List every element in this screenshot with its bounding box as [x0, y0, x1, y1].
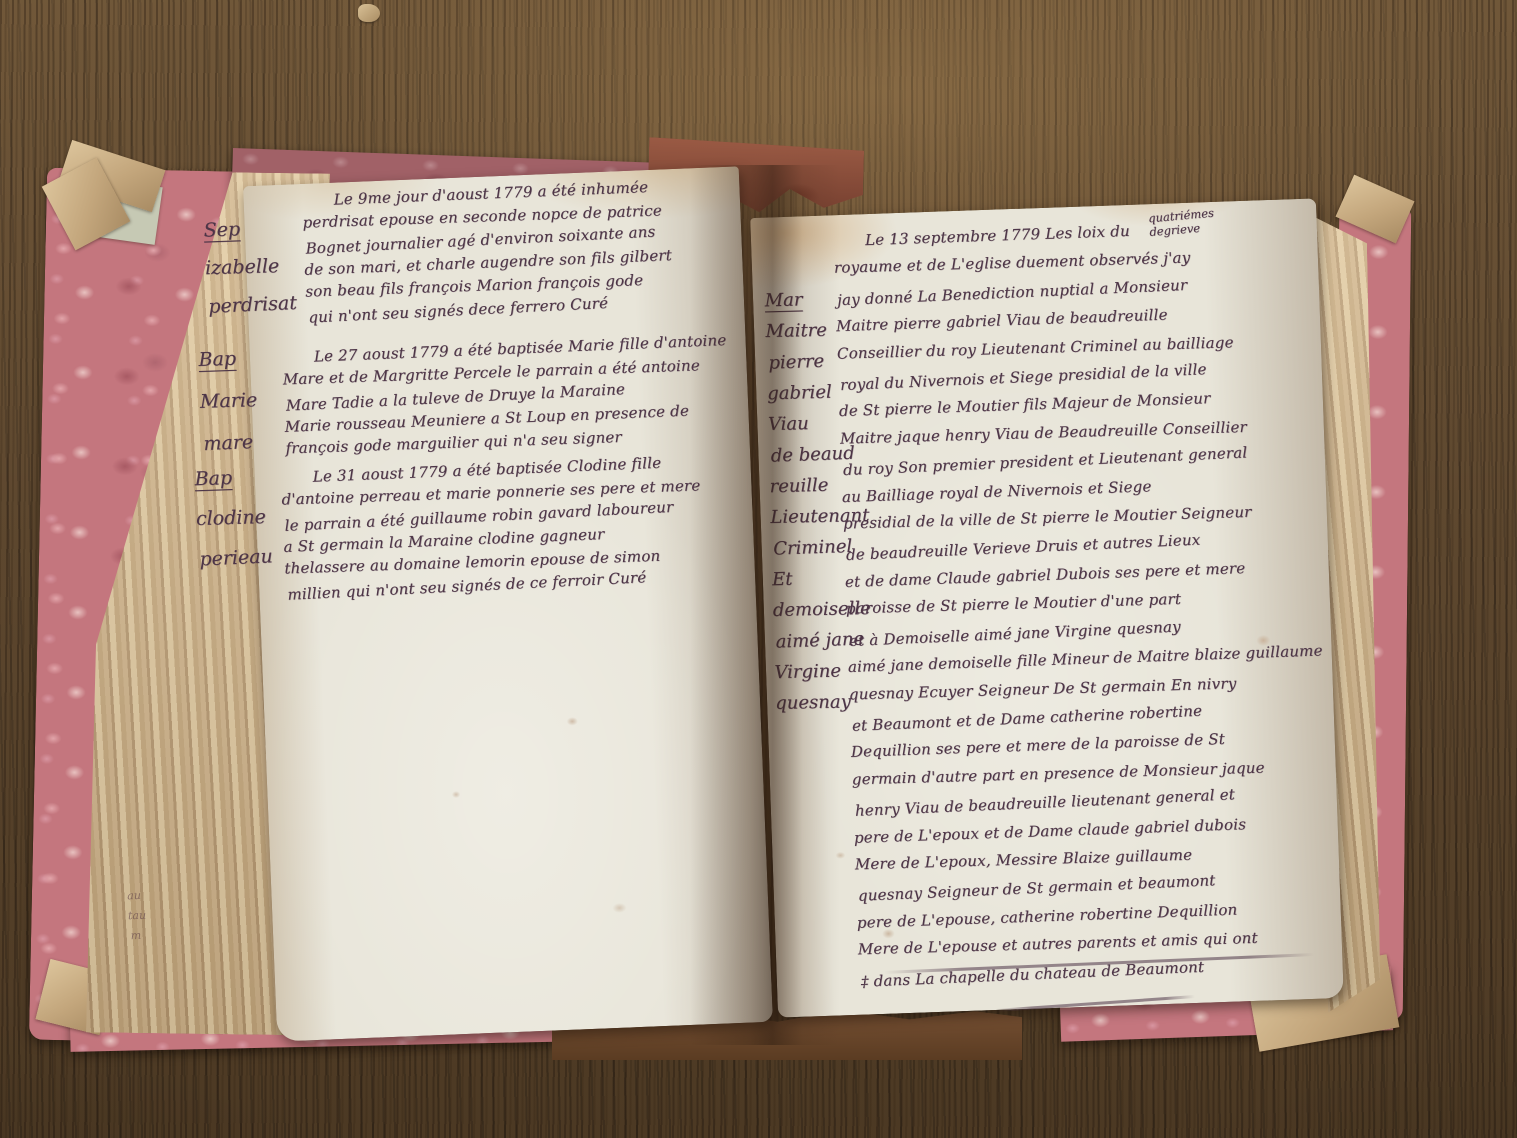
- paper-crumb: [358, 4, 380, 22]
- burial-entry: Le 9me jour d'aoust 1779 a été inhuméepe…: [301, 173, 726, 328]
- parchment-corner-tab-top-left: [55, 138, 225, 268]
- manuscript-line: Bap: [194, 457, 269, 500]
- baptism-entry-marie: Le 27 aoust 1779 a été baptisée Marie fi…: [281, 329, 731, 462]
- manuscript-line: Marie: [199, 379, 257, 423]
- baptism-entry-clodine: Le 31 aoust 1779 a été baptisée Clodine …: [280, 449, 737, 605]
- manuscript-line: Sep: [203, 208, 293, 249]
- manuscript-line: clodine: [195, 497, 269, 539]
- manuscript-line: au: [127, 886, 146, 907]
- manuscript-line: m: [130, 926, 149, 947]
- wood-table-photo: Le 9me jour d'aoust 1779 a été inhuméepe…: [0, 0, 1517, 1138]
- baptism-margin-note-2: Bapclodineperieau: [194, 457, 272, 579]
- faint-margin-marks: autaum: [127, 886, 147, 947]
- burial-margin-note: Sepizabelleperdrisat: [203, 208, 295, 325]
- manuscript-line: tau: [128, 906, 147, 927]
- baptism-margin-note-1: BapMariemare: [198, 337, 260, 465]
- manuscript-line: izabelle: [204, 247, 294, 288]
- marriage-entry: Le 13 septembre 1779 Les loix duroyaume …: [833, 211, 1335, 994]
- gutter-shadow: [690, 165, 840, 1045]
- manuscript-line: Bap: [198, 337, 257, 381]
- manuscript-line: perieau: [199, 536, 274, 579]
- manuscript-line: perdrisat: [208, 284, 298, 326]
